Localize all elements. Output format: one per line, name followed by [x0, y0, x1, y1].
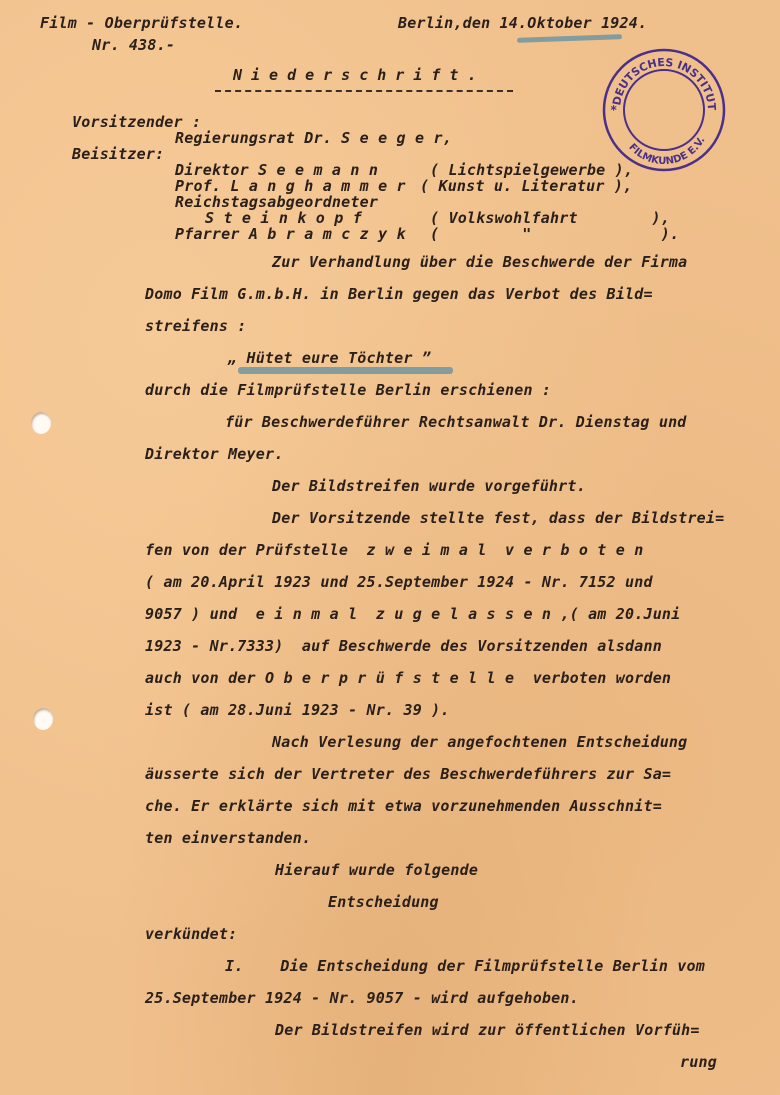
body-line: Der Vorsitzende stellte fest, dass der B… [272, 509, 724, 527]
body-line: streifens : [145, 317, 247, 335]
assessor-field: ( Kunst u. Literatur ), [420, 177, 632, 195]
decision-item-1: I. Die Entscheidung der Filmprüfstelle B… [225, 957, 705, 975]
body-line: Nach Verlesung der angefochtenen Entsche… [272, 733, 687, 751]
svg-text:DEUTSCHES INSTITUT FÜR: DEUTSCHES INSTITUT FÜR [600, 46, 718, 111]
body-line: auch von der O b e r p r ü f s t e l l e… [145, 669, 671, 687]
film-title: „ Hütet eure Töchter ” [228, 349, 431, 367]
body-line: durch die Filmprüfstelle Berlin erschien… [145, 381, 551, 399]
body-line: für Beschwerdeführer Rechtsanwalt Dr. Di… [225, 413, 687, 431]
document-title: Niederschrift. [233, 66, 485, 84]
body-line: Hierauf wurde folgende [275, 861, 478, 879]
body-line: che. Er erklärte sich mit etwa vorzunehm… [145, 797, 662, 815]
body-line: ten einverstanden. [145, 829, 311, 847]
title-underline [215, 90, 513, 92]
place-date: Berlin,den 14.Oktober 1924. [398, 14, 647, 32]
body-line: ist ( am 28.Juni 1923 - Nr. 39 ). [145, 701, 450, 719]
svg-text:*: * [610, 103, 617, 117]
blue-pencil-underline-date [517, 34, 622, 43]
body-line: 1923 - Nr.7333) auf Beschwerde des Vorsi… [145, 637, 662, 655]
assessor-field: ( " ). [430, 225, 679, 243]
body-line: äusserte sich der Vertreter des Beschwer… [145, 765, 671, 783]
decision-heading: Entscheidung [328, 893, 439, 911]
punch-hole-bottom [33, 708, 53, 730]
body-line: Domo Film G.m.b.H. in Berlin gegen das V… [145, 285, 653, 303]
authority-heading: Film - Oberprüfstelle. [40, 14, 243, 32]
body-line: Direktor Meyer. [145, 445, 283, 463]
body-line: Der Bildstreifen wurde vorgeführt. [272, 477, 586, 495]
body-line: 25.September 1924 - Nr. 9057 - wird aufg… [145, 989, 579, 1007]
body-line: verkündet: [145, 925, 237, 943]
institute-stamp-icon: DEUTSCHES INSTITUT FÜR FILMKUNDE E.V. * [600, 46, 728, 174]
body-line: Der Bildstreifen wird zur öffentlichen V… [275, 1021, 700, 1039]
assessors-label: Beisitzer: [72, 145, 164, 163]
punch-hole-top [31, 412, 51, 434]
body-line: ( am 20.April 1923 und 25.September 1924… [145, 573, 653, 591]
body-line: rung [680, 1053, 717, 1071]
document-number: Nr. 438.- [92, 36, 175, 54]
chair-name: Regierungsrat Dr. S e e g e r, [175, 129, 452, 147]
assessor-name: Pfarrer A b r a m c z y k [175, 225, 406, 243]
body-line: Zur Verhandlung über die Beschwerde der … [272, 253, 687, 271]
body-line: fen von der Prüfstelle z w e i m a l v e… [145, 541, 643, 559]
blue-pencil-underline-title [238, 367, 453, 374]
body-line: 9057 ) und e i n m a l z u g e l a s s e… [145, 605, 680, 623]
